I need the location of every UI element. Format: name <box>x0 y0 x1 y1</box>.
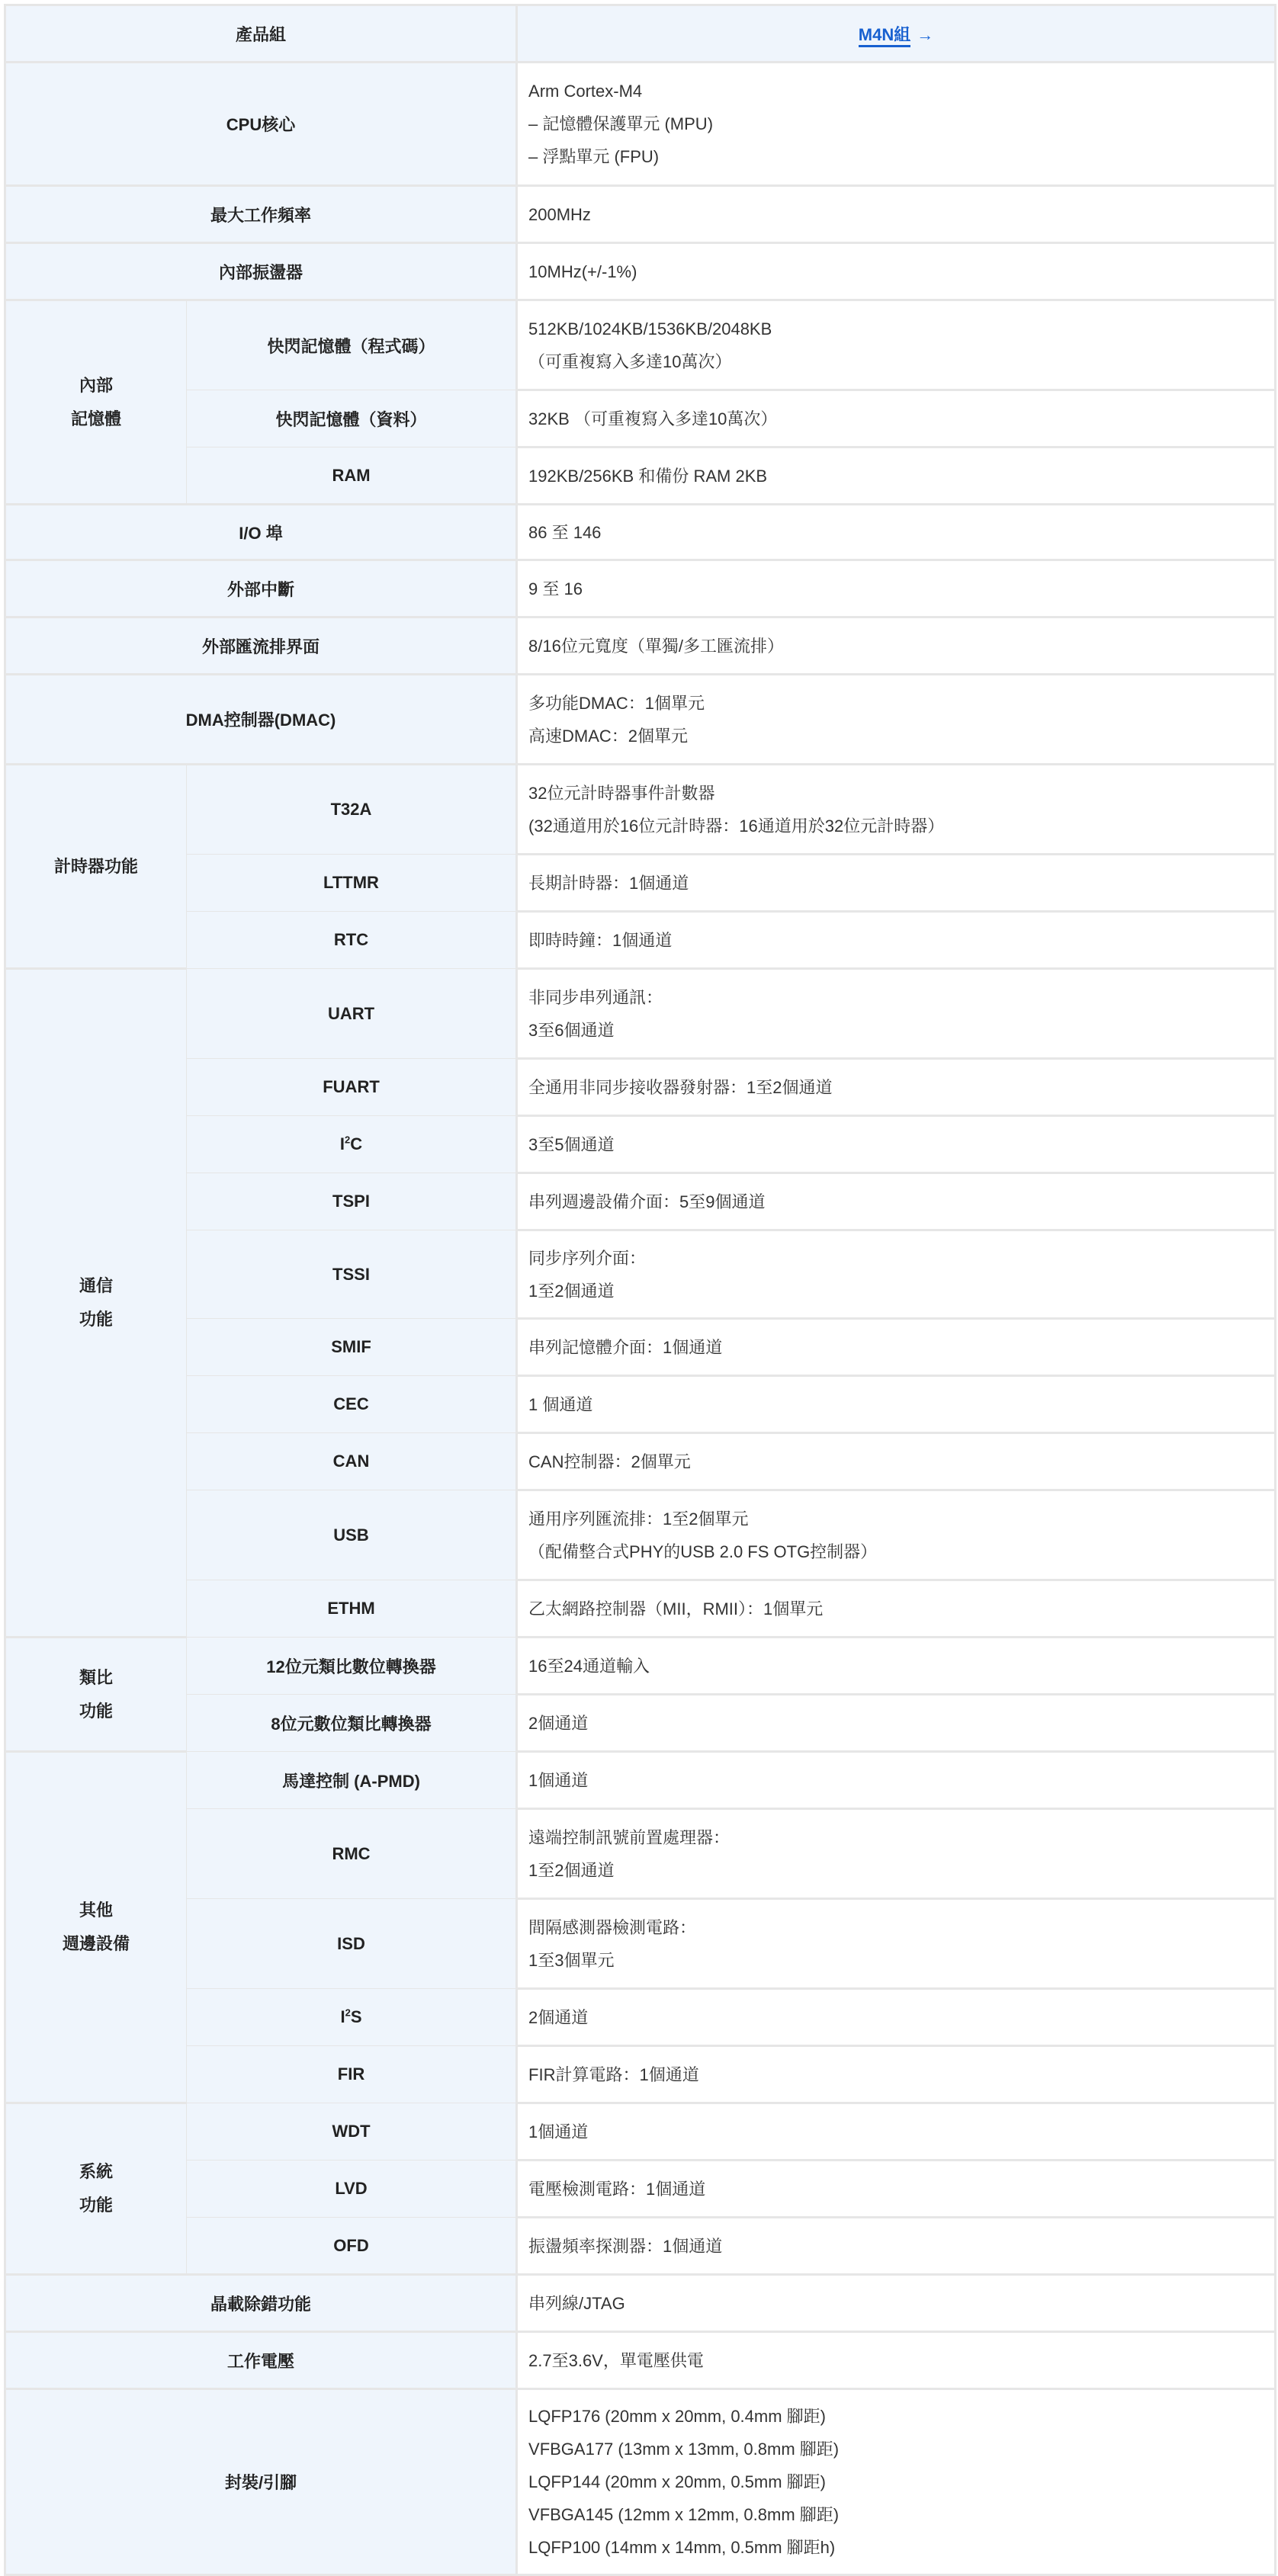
label-part: C <box>350 1134 362 1153</box>
row-label: RAM <box>187 448 517 505</box>
table-row: 類比 功能 12位元類比數位轉換器 16至24通道輸入 <box>5 1638 1276 1695</box>
row-value: 2個通道 <box>517 1989 1276 2046</box>
value-line: 同步序列介面： <box>528 1242 1274 1275</box>
value-line: 多功能DMAC：1個單元 <box>528 687 1274 720</box>
row-value: 通用序列匯流排：1至2個單元 （配備整合式PHY的USB 2.0 FS OTG控… <box>517 1490 1276 1580</box>
value-line: – 浮點單元 (FPU) <box>528 140 1274 173</box>
value-line: （可重複寫入多達10萬次） <box>528 345 1274 378</box>
row-value: 32位元計時器事件計數器 (32通道用於16位元計時器：16通道用於32位元計時… <box>517 765 1276 855</box>
table-row: ETHM 乙太網路控制器（MII，RMII）：1個單元 <box>5 1580 1276 1638</box>
table-row: 晶載除錯功能 串列線/JTAG <box>5 2275 1276 2332</box>
row-value: 192KB/256KB 和備份 RAM 2KB <box>517 448 1276 505</box>
group-label-line: 功能 <box>6 2189 186 2222</box>
table-row: 計時器功能 T32A 32位元計時器事件計數器 (32通道用於16位元計時器：1… <box>5 765 1276 855</box>
row-value: 串列記憶體介面：1個通道 <box>517 1319 1276 1376</box>
row-value: 多功能DMAC：1個單元 高速DMAC：2個單元 <box>517 675 1276 765</box>
value-line: 高速DMAC：2個單元 <box>528 720 1274 752</box>
table-row: RMC 遠端控制訊號前置處理器： 1至2個通道 <box>5 1809 1276 1899</box>
row-label: CAN <box>187 1433 517 1490</box>
table-row: 外部匯流排界面 8/16位元寬度（單獨/多工匯流排） <box>5 618 1276 675</box>
row-value: 乙太網路控制器（MII，RMII）：1個單元 <box>517 1580 1276 1638</box>
group-label-line: 記憶體 <box>6 403 186 436</box>
row-label: 外部中斷 <box>5 560 517 618</box>
header-label: 產品組 <box>5 5 517 63</box>
row-value: 串列線/JTAG <box>517 2275 1276 2332</box>
row-value: 電壓檢測電路：1個通道 <box>517 2161 1276 2218</box>
table-row: CEC 1 個通道 <box>5 1376 1276 1433</box>
row-label: 工作電壓 <box>5 2332 517 2389</box>
label-part: S <box>351 2007 362 2026</box>
table-row: 內部 記憶體 快閃記憶體（程式碼） 512KB/1024KB/1536KB/20… <box>5 300 1276 390</box>
table-row: 封裝/引腳 LQFP176 (20mm x 20mm, 0.4mm 腳距) VF… <box>5 2389 1276 2575</box>
table-row: 外部中斷 9 至 16 <box>5 560 1276 618</box>
row-value: 9 至 16 <box>517 560 1276 618</box>
row-value: CAN控制器：2個單元 <box>517 1433 1276 1490</box>
row-value: 串列週邊設備介面：5至9個通道 <box>517 1173 1276 1230</box>
row-value: 1個通道 <box>517 2103 1276 2161</box>
table-row: 系統 功能 WDT 1個通道 <box>5 2103 1276 2161</box>
table-row: OFD 振盪頻率探測器：1個通道 <box>5 2218 1276 2275</box>
row-label: 8位元數位類比轉換器 <box>187 1695 517 1752</box>
table-row: ISD 間隔感測器檢測電路： 1至3個單元 <box>5 1899 1276 1989</box>
group-label-timer: 計時器功能 <box>5 765 187 969</box>
row-value: 1 個通道 <box>517 1376 1276 1433</box>
value-line: VFBGA145 (12mm x 12mm, 0.8mm 腳距) <box>528 2498 1274 2531</box>
value-line: 遠端控制訊號前置處理器： <box>528 1821 1274 1854</box>
table-row: I/O 埠 86 至 146 <box>5 505 1276 560</box>
row-value: 86 至 146 <box>517 505 1276 560</box>
row-value: FIR計算電路：1個通道 <box>517 2046 1276 2103</box>
value-line: 間隔感測器檢測電路： <box>528 1911 1274 1944</box>
group-label-line: 系統 <box>6 2155 186 2189</box>
row-label: WDT <box>187 2103 517 2161</box>
group-label-line: 通信 <box>6 1269 186 1303</box>
row-label: 內部振盪器 <box>5 243 517 300</box>
value-line: 512KB/1024KB/1536KB/2048KB <box>528 313 1274 345</box>
row-value: 200MHz <box>517 186 1276 243</box>
row-label: 快閃記憶體（資料） <box>187 390 517 448</box>
row-label-i2s: I2S <box>187 1989 517 2046</box>
row-label: CEC <box>187 1376 517 1433</box>
table-row: LTTMR 長期計時器：1個通道 <box>5 855 1276 912</box>
spec-table: 產品組 M4N組→ CPU核心 Arm Cortex-M4 – 記憶體保護單元 … <box>4 4 1276 2576</box>
row-label: 12位元類比數位轉換器 <box>187 1638 517 1695</box>
group-label-system: 系統 功能 <box>5 2103 187 2275</box>
row-label: 晶載除錯功能 <box>5 2275 517 2332</box>
group-label-line: 類比 <box>6 1661 186 1695</box>
header-row: 產品組 M4N組→ <box>5 5 1276 63</box>
group-label-line: 功能 <box>6 1303 186 1336</box>
value-line: LQFP144 (20mm x 20mm, 0.5mm 腳距) <box>528 2465 1274 2498</box>
group-label-memory: 內部 記憶體 <box>5 300 187 505</box>
table-row: 8位元數位類比轉換器 2個通道 <box>5 1695 1276 1752</box>
row-label: 封裝/引腳 <box>5 2389 517 2575</box>
value-line: 1至3個單元 <box>528 1944 1274 1977</box>
value-line: 1至2個通道 <box>528 1275 1274 1307</box>
row-label: 外部匯流排界面 <box>5 618 517 675</box>
row-label: OFD <box>187 2218 517 2275</box>
group-label-line: 功能 <box>6 1695 186 1728</box>
row-label: T32A <box>187 765 517 855</box>
row-value: Arm Cortex-M4 – 記憶體保護單元 (MPU) – 浮點單元 (FP… <box>517 63 1276 186</box>
row-value: 16至24通道輸入 <box>517 1638 1276 1695</box>
table-row: FUART 全通用非同步接收器發射器：1至2個通道 <box>5 1059 1276 1116</box>
row-value: 1個通道 <box>517 1752 1276 1809</box>
table-row: 內部振盪器 10MHz(+/-1%) <box>5 243 1276 300</box>
row-value: 即時時鐘：1個通道 <box>517 912 1276 969</box>
arrow-right-icon[interactable]: → <box>917 25 933 44</box>
group-label-comm: 通信 功能 <box>5 969 187 1638</box>
row-label-i2c: I2C <box>187 1116 517 1173</box>
row-value: 非同步串列通訊： 3至6個通道 <box>517 969 1276 1059</box>
row-value: 2.7至3.6V，單電壓供電 <box>517 2332 1276 2389</box>
table-row: 快閃記憶體（資料） 32KB （可重複寫入多達10萬次） <box>5 390 1276 448</box>
row-value: 全通用非同步接收器發射器：1至2個通道 <box>517 1059 1276 1116</box>
row-label: I/O 埠 <box>5 505 517 560</box>
row-value: 512KB/1024KB/1536KB/2048KB （可重複寫入多達10萬次） <box>517 300 1276 390</box>
table-row: 其他 週邊設備 馬達控制 (A-PMD) 1個通道 <box>5 1752 1276 1809</box>
group-label-line: 週邊設備 <box>6 1927 186 1961</box>
value-line: （配備整合式PHY的USB 2.0 FS OTG控制器） <box>528 1535 1274 1568</box>
value-line: LQFP100 (14mm x 14mm, 0.5mm 腳距h) <box>528 2531 1274 2564</box>
table-row: I2C 3至5個通道 <box>5 1116 1276 1173</box>
row-label: TSSI <box>187 1230 517 1319</box>
table-row: FIR FIR計算電路：1個通道 <box>5 2046 1276 2103</box>
table-row: CPU核心 Arm Cortex-M4 – 記憶體保護單元 (MPU) – 浮點… <box>5 63 1276 186</box>
table-row: SMIF 串列記憶體介面：1個通道 <box>5 1319 1276 1376</box>
value-line: 非同步串列通訊： <box>528 981 1274 1014</box>
row-value: 同步序列介面： 1至2個通道 <box>517 1230 1276 1319</box>
row-label: 馬達控制 (A-PMD) <box>187 1752 517 1809</box>
row-value: 2個通道 <box>517 1695 1276 1752</box>
row-label: FUART <box>187 1059 517 1116</box>
row-value: 長期計時器：1個通道 <box>517 855 1276 912</box>
value-line: Arm Cortex-M4 <box>528 75 1274 107</box>
row-value: 振盪頻率探測器：1個通道 <box>517 2218 1276 2275</box>
product-group-link[interactable]: M4N組 <box>859 25 910 47</box>
value-line: VFBGA177 (13mm x 13mm, 0.8mm 腳距) <box>528 2433 1274 2465</box>
row-label: ISD <box>187 1899 517 1989</box>
header-product-cell: M4N組→ <box>517 5 1276 63</box>
table-row: 最大工作頻率 200MHz <box>5 186 1276 243</box>
value-line: 1至2個通道 <box>528 1854 1274 1887</box>
group-label-line: 內部 <box>6 369 186 403</box>
table-row: RTC 即時時鐘：1個通道 <box>5 912 1276 969</box>
value-line: (32通道用於16位元計時器：16通道用於32位元計時器） <box>528 810 1274 842</box>
table-row: TSSI 同步序列介面： 1至2個通道 <box>5 1230 1276 1319</box>
label-superscript: 2 <box>345 2007 351 2019</box>
table-row: LVD 電壓檢測電路：1個通道 <box>5 2161 1276 2218</box>
row-label: DMA控制器(DMAC) <box>5 675 517 765</box>
row-label: RMC <box>187 1809 517 1899</box>
row-value: 3至5個通道 <box>517 1116 1276 1173</box>
row-label: TSPI <box>187 1173 517 1230</box>
value-line: 3至6個通道 <box>528 1014 1274 1047</box>
value-line: LQFP176 (20mm x 20mm, 0.4mm 腳距) <box>528 2400 1274 2433</box>
table-row: TSPI 串列週邊設備介面：5至9個通道 <box>5 1173 1276 1230</box>
table-row: CAN CAN控制器：2個單元 <box>5 1433 1276 1490</box>
value-line: – 記憶體保護單元 (MPU) <box>528 107 1274 140</box>
row-label: CPU核心 <box>5 63 517 186</box>
row-value: 間隔感測器檢測電路： 1至3個單元 <box>517 1899 1276 1989</box>
row-label: FIR <box>187 2046 517 2103</box>
value-line: 通用序列匯流排：1至2個單元 <box>528 1503 1274 1535</box>
row-label: LTTMR <box>187 855 517 912</box>
row-value: 8/16位元寬度（單獨/多工匯流排） <box>517 618 1276 675</box>
row-label: 快閃記憶體（程式碼） <box>187 300 517 390</box>
row-value: 10MHz(+/-1%) <box>517 243 1276 300</box>
table-row: USB 通用序列匯流排：1至2個單元 （配備整合式PHY的USB 2.0 FS … <box>5 1490 1276 1580</box>
row-label: UART <box>187 969 517 1059</box>
row-value: LQFP176 (20mm x 20mm, 0.4mm 腳距) VFBGA177… <box>517 2389 1276 2575</box>
group-label-other: 其他 週邊設備 <box>5 1752 187 2103</box>
value-line: 32位元計時器事件計數器 <box>528 777 1274 810</box>
table-row: DMA控制器(DMAC) 多功能DMAC：1個單元 高速DMAC：2個單元 <box>5 675 1276 765</box>
row-label: SMIF <box>187 1319 517 1376</box>
row-label: ETHM <box>187 1580 517 1638</box>
row-value: 遠端控制訊號前置處理器： 1至2個通道 <box>517 1809 1276 1899</box>
group-label-analog: 類比 功能 <box>5 1638 187 1752</box>
row-label: USB <box>187 1490 517 1580</box>
row-label: LVD <box>187 2161 517 2218</box>
table-row: 工作電壓 2.7至3.6V，單電壓供電 <box>5 2332 1276 2389</box>
table-row: I2S 2個通道 <box>5 1989 1276 2046</box>
group-label-line: 其他 <box>6 1894 186 1927</box>
row-label: 最大工作頻率 <box>5 186 517 243</box>
table-row: 通信 功能 UART 非同步串列通訊： 3至6個通道 <box>5 969 1276 1059</box>
table-row: RAM 192KB/256KB 和備份 RAM 2KB <box>5 448 1276 505</box>
row-label: RTC <box>187 912 517 969</box>
row-value: 32KB （可重複寫入多達10萬次） <box>517 390 1276 448</box>
